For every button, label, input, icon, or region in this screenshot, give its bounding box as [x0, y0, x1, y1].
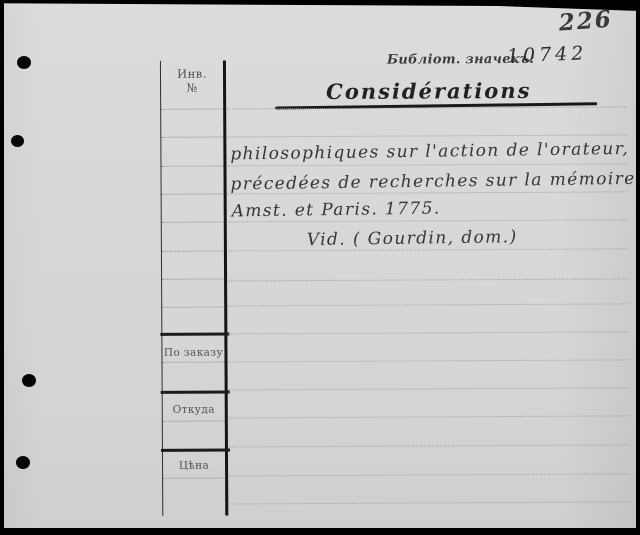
section-label-otkuda: Откуда: [163, 404, 225, 416]
punch-hole: [17, 56, 31, 69]
ruled-line: [229, 501, 629, 504]
scan-frame: 226 Библіот. значекъ: 10742 Considératio…: [0, 0, 640, 535]
ruled-line: [229, 473, 629, 476]
ruled-line: [163, 477, 225, 478]
library-stamp-label: Библіот. значекъ:: [387, 52, 535, 68]
ruled-line: [227, 134, 627, 137]
ruled-line: [228, 303, 628, 306]
ruled-line: [229, 444, 629, 447]
section-label-tsena: Цѣна: [163, 460, 225, 472]
ruled-line: [227, 106, 627, 109]
ruled-line: [162, 307, 224, 308]
ruled-line: [228, 191, 628, 194]
ruled-line: [228, 219, 628, 222]
ruled-line: [228, 248, 628, 251]
inv-header-line2: №: [161, 81, 223, 95]
inv-header-line1: Инв.: [161, 67, 223, 81]
punch-hole: [22, 374, 36, 387]
ruled-line: [163, 362, 225, 363]
section-label-po-zakazu: По заказу: [162, 347, 224, 359]
ruled-line: [163, 421, 225, 422]
entry-line: philosophiques sur l'action de l'orateur…: [230, 139, 629, 165]
ruled-line: [229, 415, 629, 418]
ruled-line: [161, 137, 223, 138]
ruled-line: [161, 109, 223, 110]
catalog-card: 226 Библіот. значекъ: 10742 Considératio…: [4, 3, 636, 528]
title-underline: [275, 102, 597, 109]
ruled-line: [227, 163, 627, 166]
column-right-line: [223, 60, 228, 515]
entry-line: Amst. et Paris. 1775.: [231, 199, 440, 222]
ruled-line: [162, 279, 224, 280]
ruled-line: [228, 278, 628, 281]
card-title: Considérations: [326, 78, 531, 104]
ruled-line: [162, 222, 224, 223]
page-number: 226: [558, 6, 614, 37]
punch-hole: [16, 456, 30, 469]
ruled-line: [229, 359, 629, 362]
library-stamp-number: 10742: [506, 42, 587, 67]
column-left-line: [160, 61, 163, 516]
ruled-line: [161, 390, 230, 393]
inventory-column-header: Инв. №: [161, 67, 223, 95]
ruled-line: [161, 166, 223, 167]
ruled-line: [162, 251, 224, 252]
punch-hole: [11, 135, 24, 147]
ruled-line: [162, 194, 224, 195]
ruled-line: [161, 448, 230, 451]
ruled-line: [229, 387, 629, 390]
entry-line: Vid. ( Gourdin, dom.): [307, 227, 518, 250]
ruled-line: [160, 332, 229, 335]
card-content: 226 Библіот. значекъ: 10742 Considératio…: [4, 3, 636, 528]
entry-line: précedées de recherches sur la mémoire: [230, 169, 635, 195]
ruled-line: [228, 331, 628, 334]
